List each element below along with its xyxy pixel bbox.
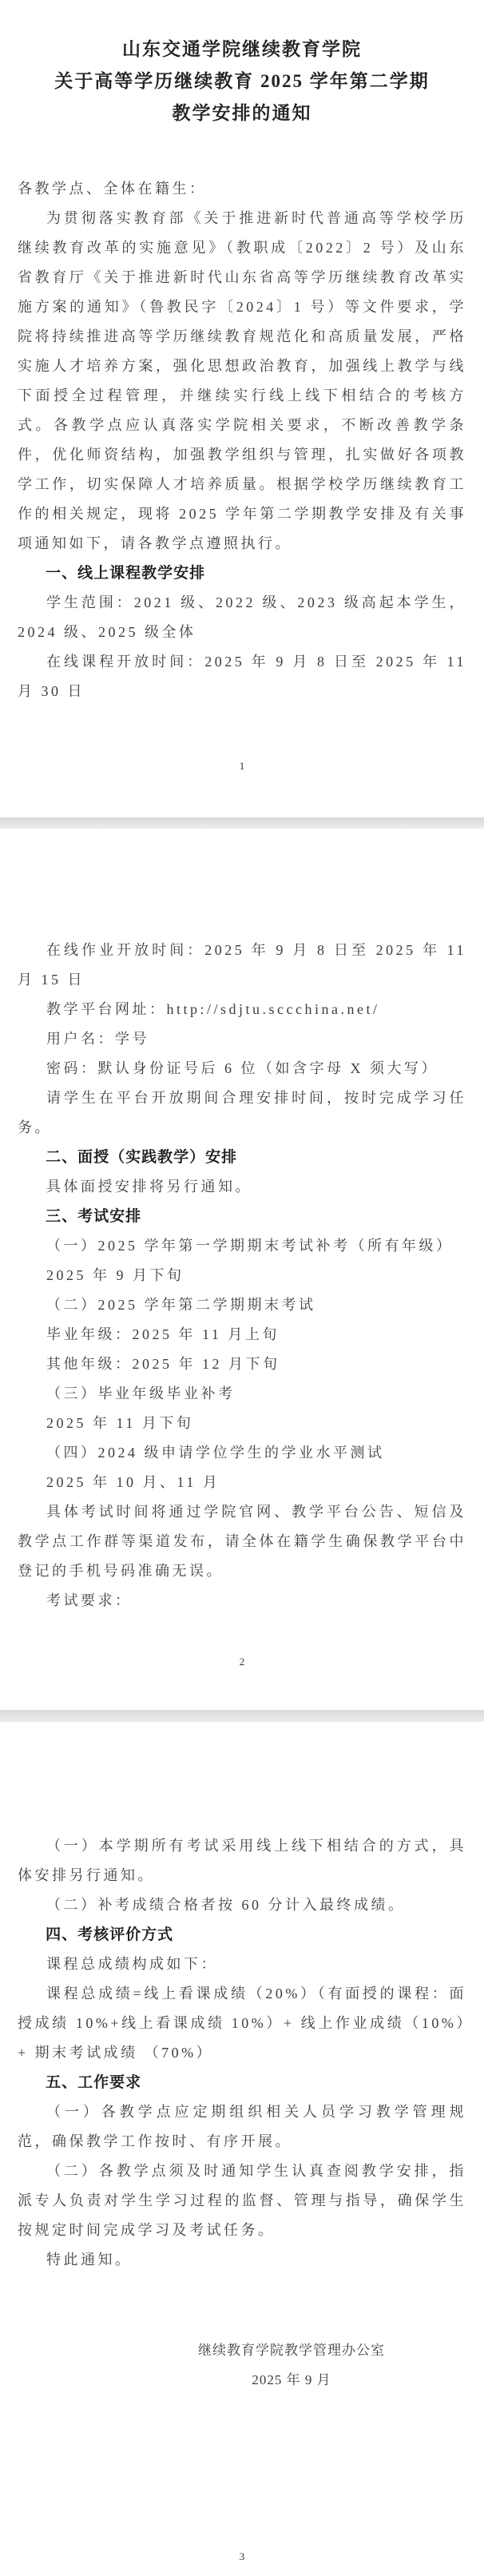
section-3-heading: 三、考试安排 (18, 1202, 466, 1231)
grade-formula: 课程总成绩=线上看课成绩（20%）（有面授的课程：面授成绩 10%+线上看课成绩… (18, 1979, 466, 2068)
signature-office: 继续教育学院教学管理办公室 (198, 2335, 385, 2365)
section-1-heading: 一、线上课程教学安排 (18, 559, 466, 588)
exam-item-4-time: 2025 年 10 月、11 月 (18, 1468, 466, 1497)
section-5-heading: 五、工作要求 (18, 2068, 466, 2097)
salutation: 各教学点、全体在籍生： (18, 174, 466, 204)
face-teaching-note: 具体面授安排将另行通知。 (18, 1172, 466, 1202)
password-line: 密码：默认身份证号后 6 位（如含字母 X 须大写） (18, 1054, 466, 1083)
exam-requirements-label: 考试要求： (18, 1586, 466, 1616)
platform-url-line: 教学平台网址：http://sdjtu.sccchina.net/ (18, 995, 466, 1024)
page-separator (0, 817, 484, 829)
notice-title-line-3: 教学安排的通知 (18, 97, 466, 129)
username-line: 用户名：学号 (18, 1024, 466, 1054)
platform-reminder: 请学生在平台开放期间合理安排时间，按时完成学习任务。 (18, 1083, 466, 1143)
exam-item-2: （二）2025 学年第二学期期末考试 (18, 1290, 466, 1320)
exam-notice-channels: 具体考试时间将通过学院官网、教学平台公告、短信及教学点工作群等渠道发布，请全体在… (18, 1497, 466, 1586)
work-requirement-1: （一）各教学点应定期组织相关人员学习教学管理规范，确保教学工作按时、有序开展。 (18, 2097, 466, 2157)
notice-title: 山东交通学院继续教育学院 关于高等学历继续教育 2025 学年第二学期 教学安排… (18, 34, 466, 129)
notice-title-line-2: 关于高等学历继续教育 2025 学年第二学期 (18, 66, 466, 97)
section-2-heading: 二、面授（实践教学）安排 (18, 1143, 466, 1172)
section-4-heading: 四、考核评价方式 (18, 1920, 466, 1950)
page-number-2: 2 (0, 1656, 484, 1668)
document-page-3: （一）本学期所有考试采用线上线下相结合的方式，具体安排另行通知。 （二）补考成绩… (0, 1722, 484, 2576)
intro-paragraph: 为贯彻落实教育部《关于推进新时代普通高等学校学历继续教育改革的实施意见》（教职成… (18, 204, 466, 559)
document-viewer: 山东交通学院继续教育学院 关于高等学历继续教育 2025 学年第二学期 教学安排… (0, 0, 484, 2576)
exam-item-2-other-time: 其他年级：2025 年 12 月下旬 (18, 1350, 466, 1379)
exam-item-3: （三）毕业年级毕业补考 (18, 1379, 466, 1409)
exam-item-2-grad-time: 毕业年级：2025 年 11 月上旬 (18, 1320, 466, 1350)
student-scope: 学生范围：2021 级、2022 级、2023 级高起本学生，2024 级、20… (18, 588, 466, 647)
online-course-open-time: 在线课程开放时间：2025 年 9 月 8 日至 2025 年 11 月 30 … (18, 647, 466, 706)
page-number-1: 1 (0, 760, 484, 773)
signature-date: 2025 年 9 月 (198, 2365, 385, 2395)
closing-statement: 特此通知。 (18, 2245, 466, 2275)
document-page-1: 山东交通学院继续教育学院 关于高等学历继续教育 2025 学年第二学期 教学安排… (0, 0, 484, 817)
exam-item-1: （一）2025 学年第一学期期末考试补考（所有年级） (18, 1231, 466, 1261)
signature-block: 继续教育学院教学管理办公室 2025 年 9 月 (198, 2335, 385, 2395)
notice-title-line-1: 山东交通学院继续教育学院 (18, 34, 466, 66)
page-separator (0, 1710, 484, 1722)
exam-item-3-time: 2025 年 11 月下旬 (18, 1409, 466, 1438)
exam-requirement-1: （一）本学期所有考试采用线上线下相结合的方式，具体安排另行通知。 (18, 1831, 466, 1890)
page-number-3: 3 (0, 2550, 484, 2563)
online-homework-open-time: 在线作业开放时间：2025 年 9 月 8 日至 2025 年 11 月 15 … (18, 936, 466, 995)
exam-item-4: （四）2024 级申请学位学生的学业水平测试 (18, 1438, 466, 1468)
exam-requirement-2: （二）补考成绩合格者按 60 分计入最终成绩。 (18, 1890, 466, 1920)
document-page-2: 在线作业开放时间：2025 年 9 月 8 日至 2025 年 11 月 15 … (0, 829, 484, 1710)
grade-composition-intro: 课程总成绩构成如下： (18, 1950, 466, 1979)
work-requirement-2: （二）各教学点须及时通知学生认真查阅教学安排，指派专人负责对学生学习过程的监督、… (18, 2157, 466, 2245)
exam-item-1-time: 2025 年 9 月下旬 (18, 1261, 466, 1290)
